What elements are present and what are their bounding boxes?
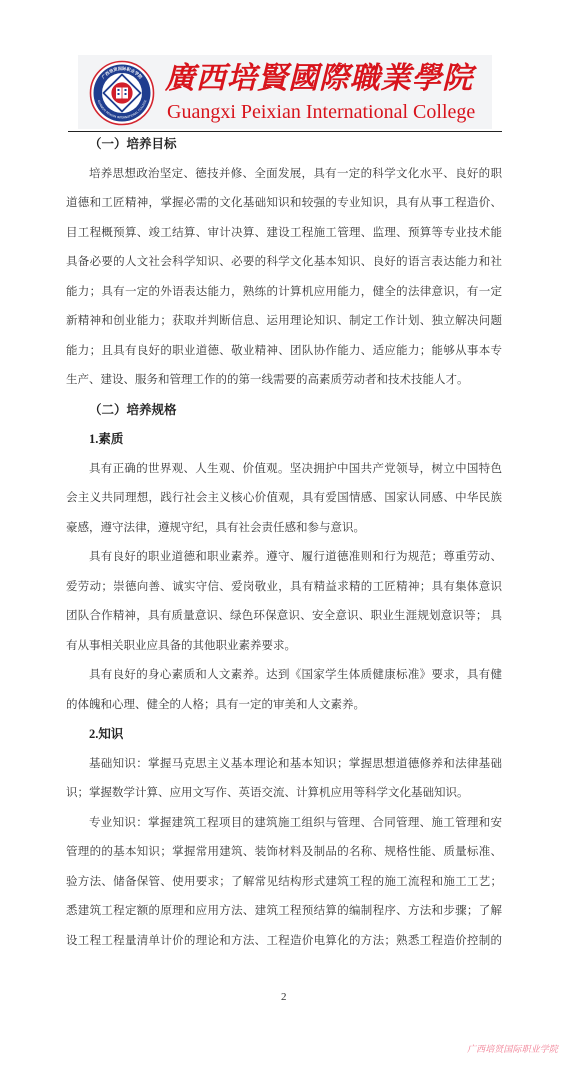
college-name-english: Guangxi Peixian International College: [167, 99, 475, 125]
paragraph-line: 能力；且具有良好的职业道德、敬业精神、团队协作能力、适应能力；能够从事本专业: [66, 337, 502, 367]
footer-watermark: 广西培贤国际职业学院: [467, 1042, 558, 1056]
paragraph-line: 设工程工程量清单计价的理论和方法、工程造价电算化的方法；熟悉工程造价控制的基: [66, 927, 502, 957]
subsection-heading-knowledge: 2.知识: [66, 720, 502, 750]
paragraph-line: 目工程概预算、竣工结算、审计决算、建设工程施工管理、监理、预算等专业技术能力；: [66, 219, 502, 249]
college-header-banner: 广西培贤国际职业学院 GUANGXI PEIXIAN INTERNATIONAL…: [78, 55, 492, 129]
document-body: （一）培养目标 培养思想政治坚定、德技并修、全面发展，具有一定的科学文化水平、良…: [66, 130, 502, 956]
paragraph-line: 悉建筑工程定额的原理和应用方法、建筑工程预结算的编制程序、方法和步骤；了解建: [66, 897, 502, 927]
paragraph-line: 有从事相关职业应具备的其他职业素养要求。: [66, 632, 502, 662]
paragraph-line: 生产、建设、服务和管理工作的的第一线需要的高素质劳动者和技术技能人才。: [66, 366, 502, 396]
paragraph-line: 能力；具有一定的外语表达能力，熟练的计算机应用能力，健全的法律意识，有一定创: [66, 278, 502, 308]
paragraph-line: 爱劳动；崇德向善、诚实守信、爱岗敬业，具有精益求精的工匠精神；具有集体意识和: [66, 573, 502, 603]
paragraph-line: 道德和工匠精神，掌握必需的文化基础知识和较强的专业知识，具有从事工程造价、项: [66, 189, 502, 219]
paragraph-line: 管理的的基本知识；掌握常用建筑、装饰材料及制品的名称、规格性能、质量标准、检: [66, 838, 502, 868]
paragraph-line: 新精神和创业能力；获取并判断信息、运用理论知识、制定工作计划、独立解决问题的: [66, 307, 502, 337]
section-heading-objectives: （一）培养目标: [66, 130, 502, 160]
paragraph-line: 的体魄和心理、健全的人格；具有一定的审美和人文素养。: [66, 691, 502, 721]
paragraph-line: 培养思想政治坚定、德技并修、全面发展，具有一定的科学文化水平、良好的职业: [66, 160, 502, 190]
paragraph-line: 具备必要的人文社会科学知识、必要的科学文化基本知识、良好的语言表达能力和社交: [66, 248, 502, 278]
college-name-chinese: 廣西培賢國際職業學院: [165, 61, 473, 97]
paragraph-line: 团队合作精神，具有质量意识、绿色环保意识、安全意识、职业生涯规划意识等； 具: [66, 602, 502, 632]
subsection-heading-quality: 1.素质: [66, 425, 502, 455]
paragraph-line: 验方法、储备保管、使用要求；了解常见结构形式建筑工程的施工流程和施工工艺；熟: [66, 868, 502, 898]
paragraph-line: 会主义共同理想，践行社会主义核心价值观，具有爱国情感、国家认同感、中华民族自: [66, 484, 502, 514]
page-number: 2: [281, 989, 287, 1005]
paragraph-line: 专业知识：掌握建筑工程项目的建筑施工组织与管理、合同管理、施工管理和安全: [66, 809, 502, 839]
paragraph-line: 豪感，遵守法律，遵规守纪，具有社会责任感和参与意识。: [66, 514, 502, 544]
college-emblem-icon: 广西培贤国际职业学院 GUANGXI PEIXIAN INTERNATIONAL…: [89, 60, 155, 126]
paragraph-line: 基础知识：掌握马克思主义基本理论和基本知识；掌握思想道德修养和法律基础知: [66, 750, 502, 780]
paragraph-line: 具有良好的职业道德和职业素养。遵守、履行道德准则和行为规范；尊重劳动、热: [66, 543, 502, 573]
paragraph-line: 识；掌握数学计算、应用文写作、英语交流、计算机应用等科学文化基础知识。: [66, 779, 502, 809]
paragraph-line: 具有正确的世界观、人生观、价值观。坚决拥护中国共产党领导，树立中国特色社: [66, 455, 502, 485]
section-heading-specifications: （二）培养规格: [66, 396, 502, 426]
paragraph-line: 具有良好的身心素质和人文素养。达到《国家学生体质健康标准》要求，具有健康: [66, 661, 502, 691]
